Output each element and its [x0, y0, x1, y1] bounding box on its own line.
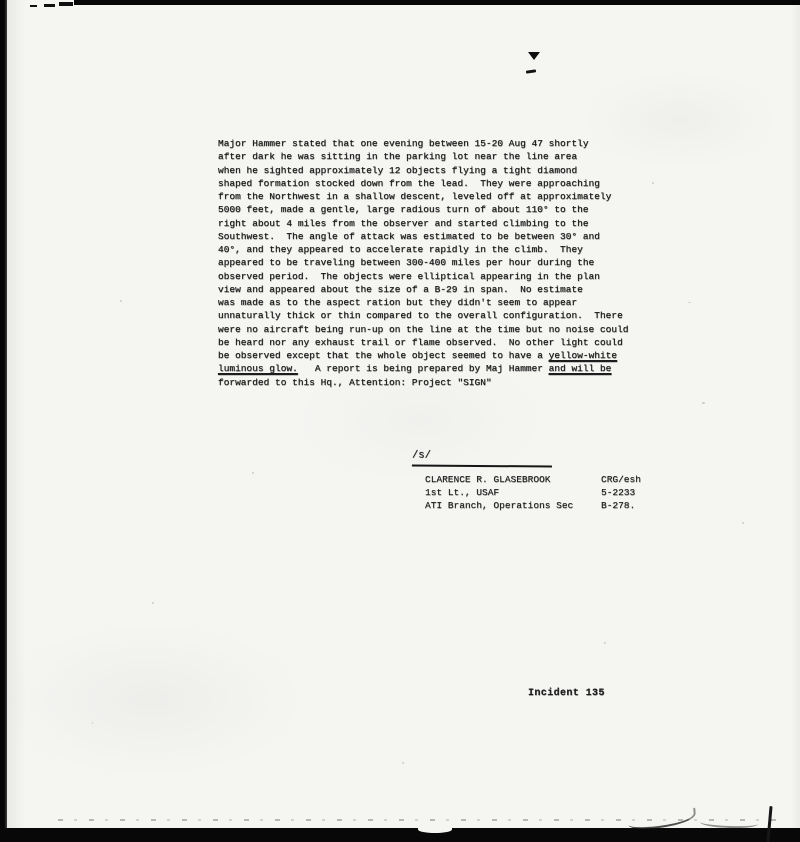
paragraph-line: 40°, and they appeared to accelerate rap… [218, 243, 648, 256]
paragraph-line: luminous glow. A report is being prepare… [218, 362, 648, 375]
text-segment: view and appeared about the size of a B-… [218, 284, 583, 295]
paragraph-line: right about 4 miles from the observer an… [218, 217, 648, 230]
left-scan-edge [0, 0, 7, 842]
speck [652, 182, 654, 184]
text-segment: observed period. The objects were ellipt… [218, 271, 600, 282]
paragraph-line: shaped formation stocked down from the l… [218, 177, 648, 190]
text-segment: and will be [549, 363, 612, 374]
paragraph-line: be observed except that the whole object… [218, 349, 648, 362]
report-paragraph: Major Hammer stated that one evening bet… [218, 137, 648, 389]
scan-notch [418, 826, 452, 833]
text-segment: 40°, and they appeared to accelerate rap… [218, 244, 583, 255]
text-segment: Southwest. The angle of attack was estim… [218, 231, 600, 242]
signature-block: /s/ CLARENCE R. GLASEBROOK CRG/esh 1st L… [412, 450, 641, 512]
speck [688, 302, 691, 303]
signature-branch: ATI Branch, Operations Sec [425, 499, 601, 512]
scanned-document: { "page": { "paper_color": "#f5f5f2", "i… [0, 0, 800, 842]
text-segment: be observed except that the whole object… [218, 350, 549, 361]
scan-dash [44, 4, 55, 7]
paragraph-line: Major Hammer stated that one evening bet… [218, 137, 648, 150]
text-segment: 5000 feet, made a gentle, large radious … [218, 204, 589, 215]
paragraph-line: when he sighted approximately 12 objects… [218, 164, 648, 177]
text-segment: shaped formation stocked down from the l… [218, 178, 600, 189]
speck [402, 762, 404, 764]
text-segment: be heard nor any exhaust trail or flame … [218, 337, 623, 348]
signature-room: B-278. [601, 499, 641, 512]
paragraph-line: be heard nor any exhaust trail or flame … [218, 336, 648, 349]
text-segment: after dark he was sitting in the parking… [218, 151, 577, 162]
ink-blot-mark [528, 52, 540, 60]
scan-dash [30, 5, 37, 7]
signature-details: CLARENCE R. GLASEBROOK CRG/esh 1st Lt., … [425, 473, 641, 512]
paragraph-line: appeared to be traveling between 300-400… [218, 256, 648, 269]
text-segment: forwarded to this Hq., Attention: Projec… [218, 377, 492, 388]
top-scan-edge [74, 0, 800, 5]
document-page: Major Hammer stated that one evening bet… [0, 0, 800, 842]
text-segment: yellow-white [549, 350, 617, 361]
text-segment: unnaturally thick or thin compared to th… [218, 310, 623, 321]
paragraph-line: 5000 feet, made a gentle, large radious … [218, 203, 648, 216]
paragraph-line: unnaturally thick or thin compared to th… [218, 309, 648, 322]
paragraph-line: Southwest. The angle of attack was estim… [218, 230, 648, 243]
ink-dash-mark [526, 69, 536, 73]
text-segment: A report is being prepared by Maj Hammer [298, 363, 549, 374]
paragraph-line: from the Northwest in a shallow descent,… [218, 190, 648, 203]
paragraph-line: were no aircraft being run-up on the lin… [218, 323, 648, 336]
paragraph-line: forwarded to this Hq., Attention: Projec… [218, 376, 648, 389]
paragraph-line: observed period. The objects were ellipt… [218, 270, 648, 283]
text-segment: Major Hammer stated that one evening bet… [218, 138, 589, 149]
text-segment: were no aircraft being run-up on the lin… [218, 324, 628, 335]
speck [604, 642, 606, 644]
speck [92, 722, 93, 724]
text-segment: from the Northwest in a shallow descent,… [218, 191, 611, 202]
signature-phone: 5-2233 [601, 486, 641, 499]
incident-label: Incident 135 [528, 688, 605, 699]
text-segment: was made as to the aspect ration but the… [218, 297, 577, 308]
scan-dash [59, 2, 73, 6]
text-segment: appeared to be traveling between 300-400… [218, 257, 594, 268]
signature-typist-initials: CRG/esh [601, 473, 641, 486]
paragraph-line: was made as to the aspect ration but the… [218, 296, 648, 309]
paragraph-line: after dark he was sitting in the parking… [218, 150, 648, 163]
text-segment: right about 4 miles from the observer an… [218, 218, 589, 229]
text-segment: when he sighted approximately 12 objects… [218, 165, 577, 176]
bottom-scan-edge [440, 833, 800, 842]
speck [120, 300, 122, 302]
speck [152, 602, 154, 604]
signed-initials: /s/ [412, 450, 431, 462]
signature-line: /s/ [412, 450, 552, 468]
speck [252, 472, 254, 474]
text-segment: luminous glow. [218, 363, 298, 374]
handwritten-scribble [627, 808, 696, 831]
speck [742, 522, 744, 524]
speck [702, 402, 705, 404]
signature-rank: 1st Lt., USAF [425, 486, 601, 499]
signature-name: CLARENCE R. GLASEBROOK [425, 473, 601, 486]
paragraph-line: view and appeared about the size of a B-… [218, 283, 648, 296]
